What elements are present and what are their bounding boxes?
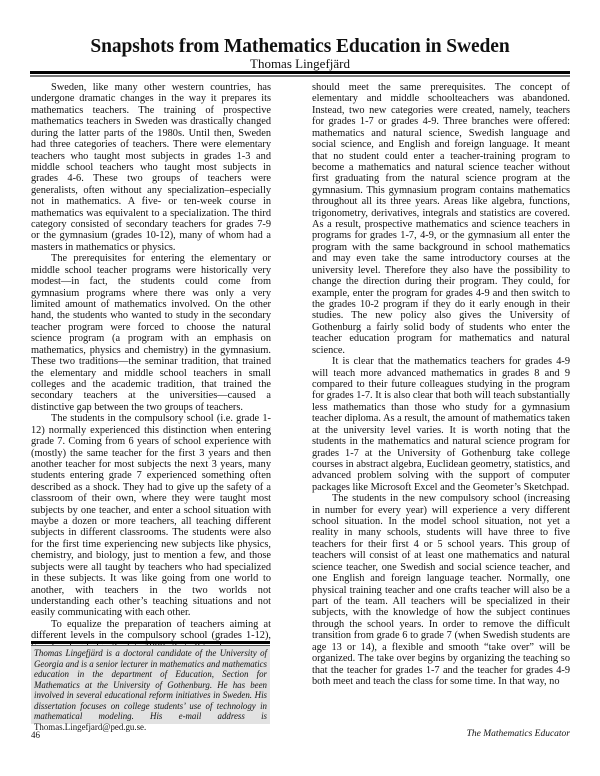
author-email: Thomas.Lingefjard@ped.gu.se. xyxy=(34,722,146,732)
article-author: Thomas Lingefjärd xyxy=(0,56,600,71)
right-column: should meet the same prerequisites. The … xyxy=(312,82,570,687)
article-title: Snapshots from Mathematics Education in … xyxy=(0,36,600,58)
author-bio-box: Thomas Lingefjärd is a doctoral candidat… xyxy=(31,646,270,724)
page-number: 46 xyxy=(31,730,40,740)
paragraph: Sweden, like many other western countrie… xyxy=(31,82,271,253)
paragraph: The students in the compulsory school (i… xyxy=(31,413,271,619)
journal-name: The Mathematics Educator xyxy=(467,729,570,739)
paragraph: The students in the new compulsory schoo… xyxy=(312,493,570,687)
paragraph: It is clear that the mathematics teacher… xyxy=(312,356,570,493)
paragraph: should meet the same prerequisites. The … xyxy=(312,82,570,356)
paragraph: The prerequisites for entering the eleme… xyxy=(31,253,271,413)
header-rule-secondary xyxy=(30,75,570,77)
header-rule xyxy=(30,71,570,74)
left-column: Sweden, like many other western countrie… xyxy=(31,82,271,653)
author-bio-text: Thomas Lingefjärd is a doctoral candidat… xyxy=(34,648,267,721)
bio-rule xyxy=(31,641,270,644)
